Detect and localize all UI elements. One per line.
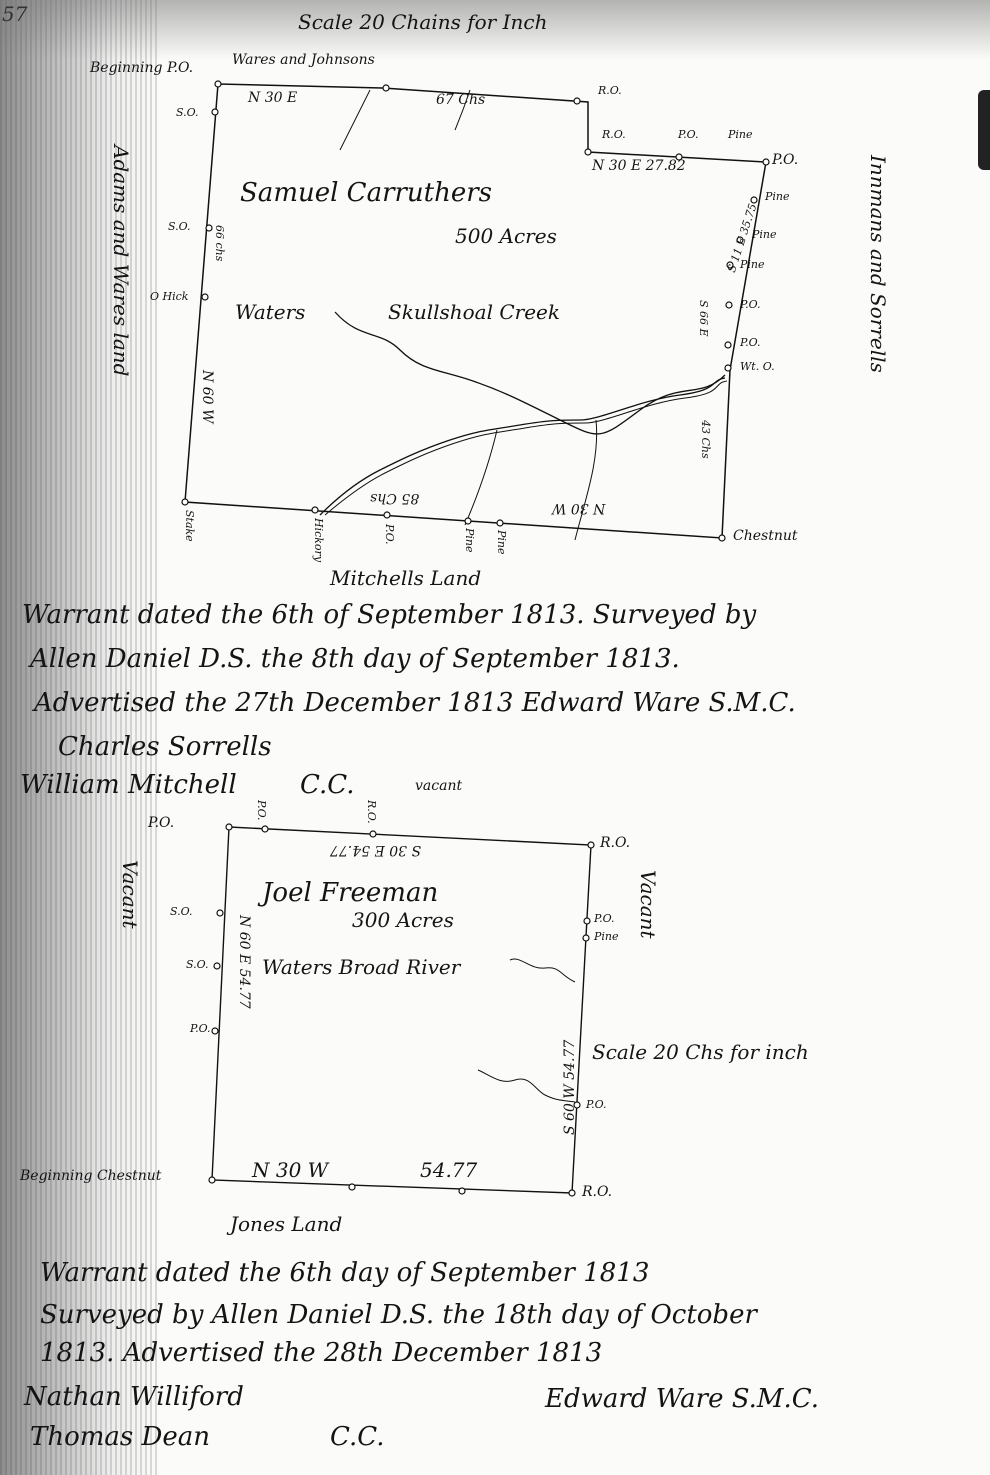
plat1-step-tree1: P.O.	[678, 128, 699, 141]
plat1-east-tree: P.O.	[740, 336, 761, 349]
plat1-creek	[335, 312, 725, 434]
record1-cc-label: C.C.	[300, 770, 354, 800]
plat1-south-adjoiner: Mitchells Land	[330, 566, 481, 590]
plat2-north-tree: P.O.	[255, 800, 268, 821]
plat1-south-tree: Pine	[495, 530, 508, 555]
plat1-east-tree: P.O.	[740, 298, 761, 311]
plat2-se-corner: R.O.	[582, 1184, 612, 1200]
plat2-south-dist: 54.77	[420, 1158, 477, 1182]
plat1-west-tree: O Hick	[150, 290, 188, 303]
plat1-east-tree: Wt. O.	[740, 360, 775, 373]
plat2-west-tree: S.O.	[170, 905, 193, 918]
plat1-waters: Waters	[235, 300, 305, 324]
plat2-owner: Joel Freeman	[262, 878, 438, 908]
plat2-west-tree: S.O.	[186, 958, 209, 971]
plat1-east-adjoiner: Innmans and Sorrells	[866, 155, 890, 373]
plat1-west-adjoiner: Adams and Wares land	[109, 145, 133, 376]
record1-line2: Allen Daniel D.S. the 8th day of Septemb…	[30, 644, 680, 674]
plat1-south-tree: P.O.	[383, 524, 396, 545]
plat2-acres: 300 Acres	[352, 908, 454, 932]
plat2-west-adjoiner: Vacant	[118, 860, 142, 929]
record2-line2: Surveyed by Allen Daniel D.S. the 18th d…	[40, 1300, 757, 1330]
plat2-west-line: N 60 E 54.77	[236, 915, 252, 1009]
plat2-east-line: S 60 W 54.77	[562, 1040, 578, 1135]
plat1-owner: Samuel Carruthers	[240, 178, 492, 208]
plat2-south-line: N 30 W	[252, 1158, 328, 1182]
plat1-north-adjoiner: Wares and Johnsons	[232, 52, 375, 68]
plat1-se-corner: Chestnut	[733, 528, 797, 544]
plat1-east-tree: Pine	[765, 190, 790, 203]
plat2-east-adjoiner: Vacant	[636, 870, 660, 939]
plat1-corner-step: R.O.	[602, 128, 626, 141]
record1-line3: Advertised the 27th December 1813 Edward…	[34, 688, 796, 718]
plat1-scale-note: Scale 20 Chains for Inch	[298, 10, 547, 34]
plat1-sw-corner: Stake	[183, 510, 196, 542]
plat1-step-line: N 30 E 27.82	[592, 158, 686, 174]
record1-chain-carrier2: William Mitchell	[20, 770, 237, 800]
record1-chain-carrier1: Charles Sorrells	[58, 732, 272, 762]
plat1-south-dist: 85 Chs	[370, 490, 419, 506]
record2-chain-carrier1: Nathan Williford	[24, 1382, 244, 1412]
plat1-south-line: N 30 W	[552, 500, 605, 516]
plat1-corner-ne2: P.O.	[772, 152, 798, 168]
plat1-east-dist: 43 Chs	[699, 420, 712, 459]
plat2-east-tree: Pine	[594, 930, 619, 943]
plat1-south-tree: Hickory	[312, 518, 325, 562]
record2-line1: Warrant dated the 6th day of September 1…	[40, 1258, 649, 1288]
plat2-east-tree: P.O.	[594, 912, 615, 925]
record1-vacant-note: vacant	[415, 778, 462, 794]
plat2-begin-label: Beginning Chestnut	[20, 1168, 161, 1184]
plat1-west-line: N 60 W	[199, 370, 215, 423]
plat2-south-adjoiner: Jones Land	[230, 1212, 342, 1236]
plat1-west-line-dist: 66 chs	[213, 225, 226, 261]
plat1-west-tree: S.O.	[176, 106, 199, 119]
plat2-north-line: S 30 E 54.77	[330, 842, 421, 858]
plat1-west-tree: S.O.	[168, 220, 191, 233]
record2-cc-label: C.C.	[330, 1422, 384, 1452]
plat1-north-line: N 30 E	[248, 90, 297, 106]
plat2-nw-corner: P.O.	[148, 815, 174, 831]
record2-signature: Edward Ware S.M.C.	[545, 1384, 819, 1414]
plat1-step-tree2: Pine	[728, 128, 753, 141]
plat1-east-line-lower: S 66 E	[697, 300, 710, 337]
plat1-east-tree: Pine	[740, 258, 765, 271]
plat1-east-tree: Pine	[752, 228, 777, 241]
plat2-scale-note: Scale 20 Chs for inch	[592, 1040, 809, 1064]
plat2-waters: Waters Broad River	[262, 955, 460, 979]
plat2-north-tree: R.O.	[365, 800, 378, 824]
plat1-corner-ne1: R.O.	[598, 84, 622, 97]
plat1-creek: Skullshoal Creek	[388, 300, 560, 324]
record2-line3: 1813. Advertised the 28th December 1813	[40, 1338, 602, 1368]
plat1-south-tree: Pine	[463, 528, 476, 553]
plat2-west-tree: P.O.	[190, 1022, 211, 1035]
record1-line1: Warrant dated the 6th of September 1813.…	[22, 600, 756, 630]
plat1-acres: 500 Acres	[455, 224, 557, 248]
plat2-ne-corner: R.O.	[600, 835, 630, 851]
plat2-east-tree: P.O.	[586, 1098, 607, 1111]
plat1-north-dist: 67 Chs	[436, 92, 485, 108]
page-number-mark: 57	[2, 2, 27, 26]
plat1-begin-label: Beginning P.O.	[90, 60, 193, 76]
record2-chain-carrier2: Thomas Dean	[30, 1422, 210, 1452]
